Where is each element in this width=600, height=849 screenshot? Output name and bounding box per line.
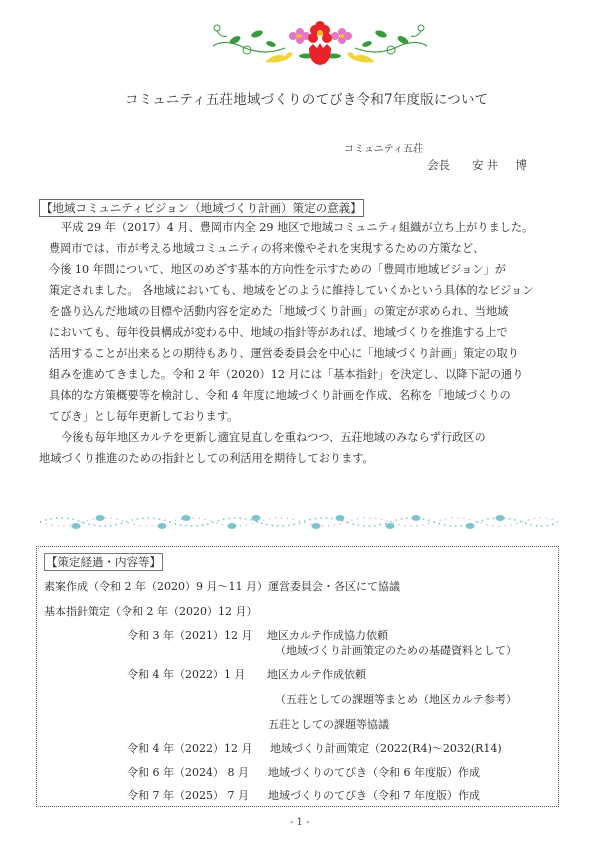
history-subnote: （五荘としての課題等まとめ（地区カルテ参考） [275, 691, 517, 707]
paragraph-line: 具体的な方策概要等を検討し、令和 4 年度に地域づくり計画を作成、名称を「地域づ… [39, 385, 559, 406]
history-date: 令和 6 年（2024） 8 月 [127, 764, 249, 780]
history-date: 令和 4 年（2022）1 月 [127, 666, 245, 682]
history-content: 地区カルテ作成協力依頼 [267, 627, 388, 643]
history-date: 令和 3 年（2021）12 月 [127, 627, 252, 643]
paragraph-line: 活用することが出来るとの期待もあり、運営委委員会を中心に「地域づくり計画」策定の… [39, 343, 559, 364]
history-date: 令和 4 年（2022）12 月 [127, 740, 252, 756]
section-heading-history: 【策定経過・内容等】 [44, 553, 163, 571]
history-content: 地域づくりのてびき（令和 7 年度版）作成 [268, 787, 480, 803]
author-signature: 会長安井 博 [427, 157, 530, 173]
history-date: 素案作成（令和 2 年（2020）9 月～11 月） [44, 578, 268, 594]
document-title: コミュニティ五荘地域づくりのてびき令和7年度版について [125, 88, 488, 108]
paragraph-line: 組みを進めてきました。令和 2 年（2020）12 月には「基本指針」を決定し、… [39, 364, 559, 385]
paragraph-line: 地域づくり推進のための指針としての利活用を期待しております。 [39, 448, 559, 469]
paragraph-line: 今後 10 年間について、地区のめざす基本的方向性を示すための「豊岡市地域ビジョ… [39, 259, 559, 280]
paragraph-line: を盛り込んだ地域の目標や活動内容を定めた「地域づくり計画」の策定が求められ、当地… [39, 301, 559, 322]
paragraph-line: 平成 29 年（2017）4 月、豊岡市内全 29 地区で地域コミュニティ組織が… [39, 217, 559, 238]
significance-paragraph: 平成 29 年（2017）4 月、豊岡市内全 29 地区で地域コミュニティ組織が… [39, 217, 559, 469]
page-number: - 1 - [290, 817, 309, 828]
paragraph-line: においても、毎年役員構成が変わる中、地域の指針等があれば、地域づくりを推進する上… [39, 322, 559, 343]
history-content: 地域づくり計画策定（2022(R4)～2032(R14) [270, 740, 502, 756]
author-role: 会長 [427, 158, 450, 172]
author-name: 安井 博 [472, 158, 530, 172]
paragraph-line: 今後も毎年地区カルテを更新し適宜見直しを重ねつつ、五荘地域のみならず行政区の [39, 427, 559, 448]
history-date: 基本指針策定（令和 2 年（2020）12 月） [44, 603, 257, 619]
paragraph-line: てびき」とし毎年更新しております。 [39, 406, 559, 427]
paragraph-line: 策定されました。 各地域においても、地域をどのように維持していくかという具体的な… [39, 280, 559, 301]
history-content: 運営委員会・各区にて協議 [268, 578, 400, 594]
history-content: 地区カルテ作成依頼 [267, 666, 366, 682]
floral-ornament-icon [205, 18, 435, 68]
history-subnote: （地域づくり計画策定のための基礎資料として） [275, 642, 517, 658]
history-content: 地域づくりのてびき（令和 6 年度版）作成 [268, 764, 480, 780]
history-subnote: 五荘としての課題等協議 [268, 716, 389, 732]
dotted-wave-divider-icon [38, 512, 558, 532]
history-date: 令和 7 年（2025） 7 月 [127, 787, 249, 803]
section-heading-significance: 【地域コミュニティビジョン（地域づくり計画）策定の意義】 [39, 199, 364, 217]
paragraph-line: 豊岡市では、市が考える地域コミュニティの将来像やそれを実現するための方策など、 [39, 238, 559, 259]
author-organization: コミュニティ五荘 [344, 140, 423, 155]
